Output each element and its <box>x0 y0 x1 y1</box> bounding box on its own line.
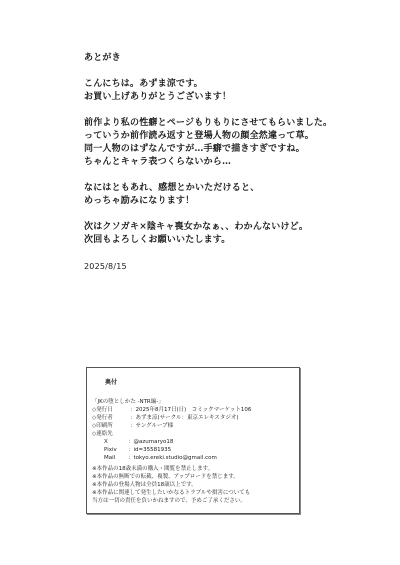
contact-value: ：@azumaryo18 <box>128 438 173 446</box>
colophon-title: 奥付 <box>105 379 117 387</box>
field-value: ：サングループ様 <box>130 422 173 430</box>
contact-list: X ：@azumaryo18 Pixiv ：id=35581935 Mail ：… <box>92 438 297 462</box>
afterword-paragraph: こんにちは。あずま涼です。 お買い上げありがとうございます！ <box>84 78 374 104</box>
contact-value: ：tokyo.ereki.studio@gmail.com <box>128 454 217 462</box>
afterword-date: 2025/8/15 <box>84 260 374 273</box>
colophon-box: 奥付 「JKの堕としかた -NTR編-」 ◇発行日 ：2025年8月17日(日)… <box>86 367 300 514</box>
colophon-details: 「JKの堕としかた -NTR編-」 ◇発行日 ：2025年8月17日(日) コミ… <box>92 398 297 462</box>
field-value: ：2025年8月17日(日) コミックマーケット106 <box>130 406 251 414</box>
contact-pixiv: Pixiv ：id=35581935 <box>104 446 297 454</box>
field-printer: ◇印刷所 ：サングループ様 <box>92 422 297 430</box>
text-line: なにはともあれ、感想とかいただけると、 <box>84 182 374 195</box>
field-contact: ◇連絡先 <box>92 430 297 438</box>
colophon-notes: ※本作品の18歳未満の購入・閲覧を禁止します。 ※本作品の無断での転載、複製、ア… <box>92 465 297 505</box>
field-publish-date: ◇発行日 ：2025年8月17日(日) コミックマーケット106 <box>92 406 297 414</box>
note-line: 当方は一切の責任を負いかねますので、予めご了承ください。 <box>92 497 297 505</box>
note-line: ※本作品の登場人物は全員18歳以上です。 <box>92 481 297 489</box>
text-line: 前作より私の性癖とページもりもりにさせてもらいました。 <box>84 117 374 130</box>
text-line: めっちゃ励みになります！ <box>84 195 374 208</box>
field-value: ：あずま涼(サークル：東京エレキスタジオ) <box>130 414 239 422</box>
field-publisher: ◇発行者 ：あずま涼(サークル：東京エレキスタジオ) <box>92 414 297 422</box>
text-line: 次回もよろしくお願いいたします。 <box>84 234 374 247</box>
afterword-title: あとがき <box>84 52 374 65</box>
afterword-paragraph: 次はクソガキ×陰キャ喪女かなぁ、、わかんないけど。 次回もよろしくお願いいたしま… <box>84 221 374 247</box>
work-title: 「JKの堕としかた -NTR編-」 <box>92 398 297 406</box>
note-line: ※本作品に関連して発生したいかなるトラブルや損害についても <box>92 489 297 497</box>
afterword-section: あとがき こんにちは。あずま涼です。 お買い上げありがとうございます！ 前作より… <box>84 52 374 273</box>
afterword-paragraph: なにはともあれ、感想とかいただけると、 めっちゃ励みになります！ <box>84 182 374 208</box>
contact-mail: Mail ：tokyo.ereki.studio@gmail.com <box>104 454 297 462</box>
field-label: ◇発行日 <box>92 406 130 414</box>
text-line: 次はクソガキ×陰キャ喪女かなぁ、、わかんないけど。 <box>84 221 374 234</box>
text-line: っていうか前作読み返すと登場人物の顔全然違って草。 <box>84 130 374 143</box>
contact-label: X <box>104 438 128 446</box>
contact-value: ：id=35581935 <box>128 446 171 454</box>
field-label: ◇連絡先 <box>92 430 130 438</box>
note-line: ※本作品の18歳未満の購入・閲覧を禁止します。 <box>92 465 297 473</box>
afterword-paragraph: 前作より私の性癖とページもりもりにさせてもらいました。 っていうか前作読み返すと… <box>84 117 374 169</box>
note-line: ※本作品の無断での転載、複製、アップロードを禁じます。 <box>92 473 297 481</box>
text-line: こんにちは。あずま涼です。 <box>84 78 374 91</box>
field-label: ◇発行者 <box>92 414 130 422</box>
contact-x: X ：@azumaryo18 <box>104 438 297 446</box>
text-line: お買い上げありがとうございます！ <box>84 91 374 104</box>
contact-label: Mail <box>104 454 128 462</box>
field-label: ◇印刷所 <box>92 422 130 430</box>
text-line: ちゃんとキャラ表つくらないから… <box>84 156 374 169</box>
contact-label: Pixiv <box>104 446 128 454</box>
text-line: 同一人物のはずなんですが…手癖で描きすぎですね。 <box>84 143 374 156</box>
